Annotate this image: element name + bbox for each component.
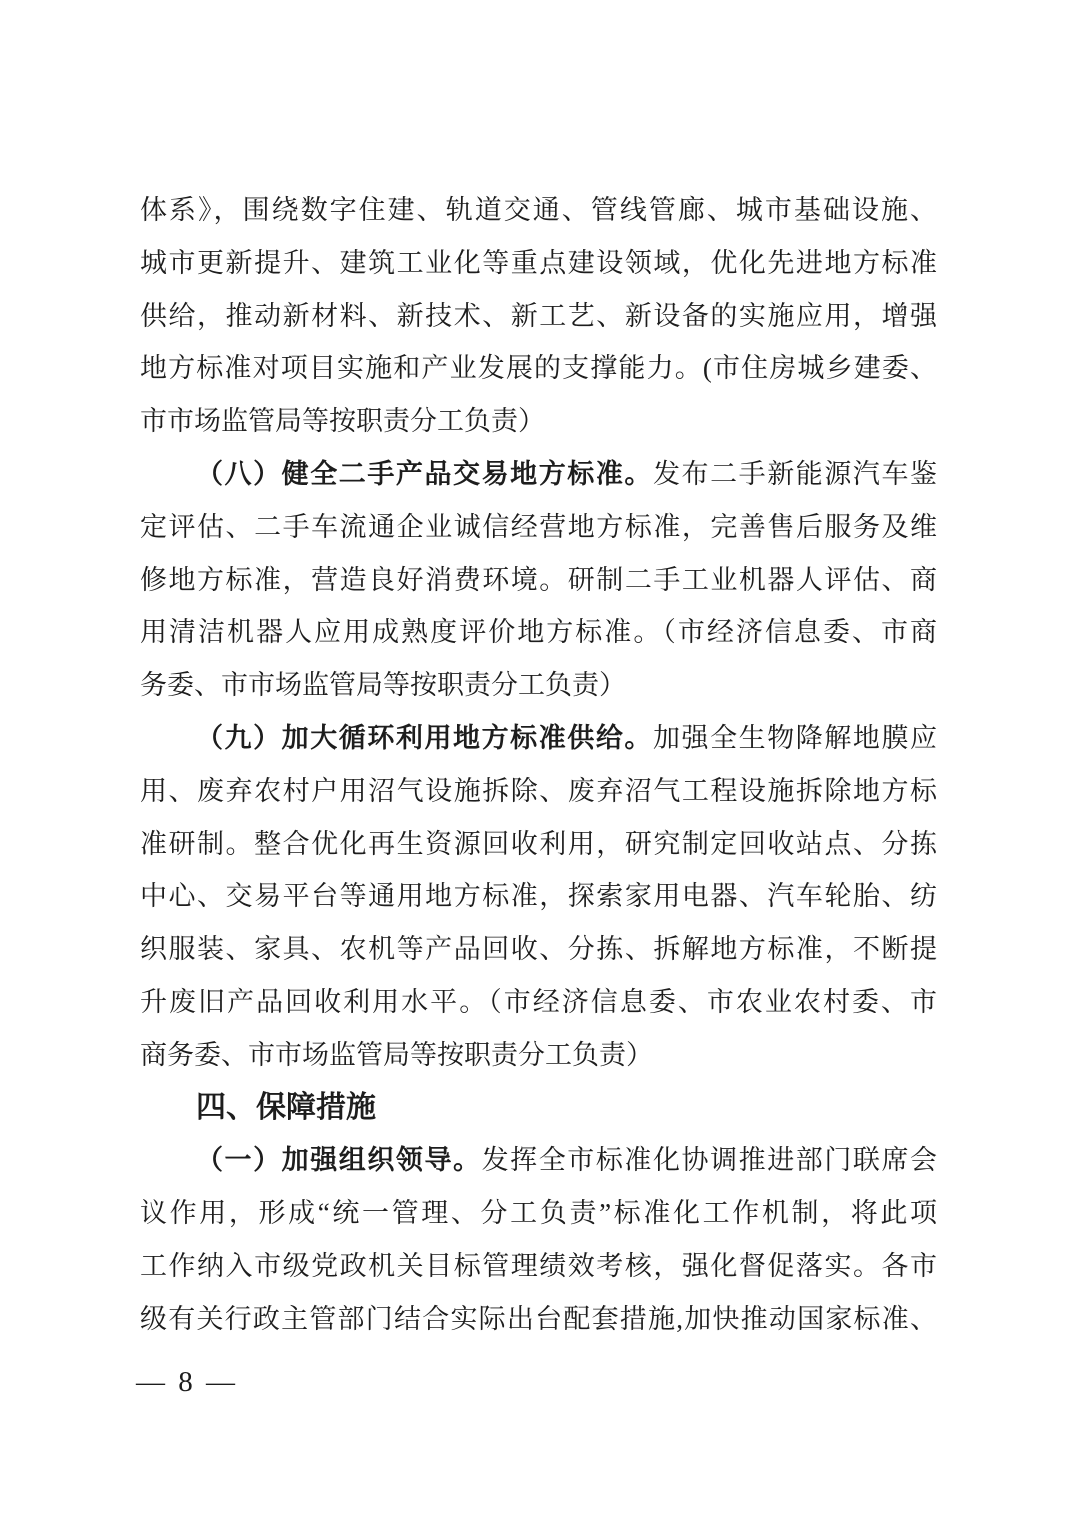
body-text: 城市更新提升、建筑工业化等重点建设领域，优化先进地方标准 <box>140 248 937 278</box>
text-line: 市市场监管局等按职责分工负责） <box>140 395 937 448</box>
body-text: 修地方标准，营造良好消费环境。研制二手工业机器人评估、商 <box>140 565 937 595</box>
para-continuation: 体系》，围绕数字住建、轨道交通、管线管廊、城市基础设施、城市更新提升、建筑工业化… <box>140 184 937 448</box>
body-text: 升废旧产品回收利用水平。（市经济信息委、市农业农村委、市 <box>140 987 937 1017</box>
page-number: — 8 — <box>136 1366 238 1399</box>
body-text: 务委、市市场监管局等按职责分工负责） <box>140 670 626 700</box>
document-page: 体系》，围绕数字住建、轨道交通、管线管廊、城市基础设施、城市更新提升、建筑工业化… <box>0 0 1074 1520</box>
emphasis-text: （一）加强组织领导。 <box>196 1145 482 1175</box>
body-text: 用清洁机器人应用成熟度评价地方标准。（市经济信息委、市商 <box>140 617 937 647</box>
text-line: 修地方标准，营造良好消费环境。研制二手工业机器人评估、商 <box>140 554 937 607</box>
text-line: 工作纳入市级党政机关目标管理绩效考核，强化督促落实。各市 <box>140 1240 937 1293</box>
body-text: 准研制。整合优化再生资源回收利用，研究制定回收站点、分拣 <box>140 829 937 859</box>
text-line: 级有关行政主管部门结合实际出台配套措施,加快推动国家标准、 <box>140 1293 937 1346</box>
text-line: 定评估、二手车流通企业诚信经营地方标准，完善售后服务及维 <box>140 501 937 554</box>
body-text: 工作纳入市级党政机关目标管理绩效考核，强化督促落实。各市 <box>140 1251 937 1281</box>
body-text: 织服装、家具、农机等产品回收、分拣、拆解地方标准，不断提 <box>140 934 937 964</box>
page-number-label: — 8 — <box>136 1366 238 1398</box>
body-text: 议作用，形成“统一管理、分工负责”标准化工作机制，将此项 <box>140 1198 937 1228</box>
text-line: （一）加强组织领导。发挥全市标准化协调推进部门联席会 <box>140 1134 937 1187</box>
text-line: 体系》，围绕数字住建、轨道交通、管线管廊、城市基础设施、 <box>140 184 937 237</box>
text-line: 商务委、市市场监管局等按职责分工负责） <box>140 1029 937 1082</box>
body-text: 定评估、二手车流通企业诚信经营地方标准，完善售后服务及维 <box>140 512 937 542</box>
body-text: 中心、交易平台等通用地方标准，探索家用电器、汽车轮胎、纺 <box>140 881 937 911</box>
body-text: 地方标准对项目实施和产业发展的支撑能力。(市住房城乡建委、 <box>140 353 937 383</box>
text-line: 升废旧产品回收利用水平。（市经济信息委、市农业农村委、市 <box>140 976 937 1029</box>
text-line: 城市更新提升、建筑工业化等重点建设领域，优化先进地方标准 <box>140 237 937 290</box>
text-line: 织服装、家具、农机等产品回收、分拣、拆解地方标准，不断提 <box>140 923 937 976</box>
section-heading: 四、保障措施 <box>140 1082 937 1135</box>
text-line: 用清洁机器人应用成熟度评价地方标准。（市经济信息委、市商 <box>140 606 937 659</box>
text-line: 用、废弃农村户用沼气设施拆除、废弃沼气工程设施拆除地方标 <box>140 765 937 818</box>
text-line: 地方标准对项目实施和产业发展的支撑能力。(市住房城乡建委、 <box>140 342 937 395</box>
para-item-1: （一）加强组织领导。发挥全市标准化协调推进部门联席会议作用，形成“统一管理、分工… <box>140 1134 937 1345</box>
text-line: 准研制。整合优化再生资源回收利用，研究制定回收站点、分拣 <box>140 818 937 871</box>
text-line: 供给，推动新材料、新技术、新工艺、新设备的实施应用，增强 <box>140 290 937 343</box>
text-line: 务委、市市场监管局等按职责分工负责） <box>140 659 937 712</box>
body-text: 发挥全市标准化协调推进部门联席会 <box>482 1145 937 1175</box>
emphasis-text: （八）健全二手产品交易地方标准。 <box>196 459 653 489</box>
document-body: 体系》，围绕数字住建、轨道交通、管线管廊、城市基础设施、城市更新提升、建筑工业化… <box>140 184 937 1346</box>
text-line: 中心、交易平台等通用地方标准，探索家用电器、汽车轮胎、纺 <box>140 870 937 923</box>
body-text: 商务委、市市场监管局等按职责分工负责） <box>140 1040 653 1070</box>
text-line: 议作用，形成“统一管理、分工负责”标准化工作机制，将此项 <box>140 1187 937 1240</box>
body-text: 体系》，围绕数字住建、轨道交通、管线管廊、城市基础设施、 <box>140 195 937 225</box>
body-text: 供给，推动新材料、新技术、新工艺、新设备的实施应用，增强 <box>140 301 937 331</box>
emphasis-text: （九）加大循环利用地方标准供给。 <box>196 723 653 753</box>
body-text: 市市场监管局等按职责分工负责） <box>140 406 545 436</box>
heading-section-4: 四、保障措施 <box>140 1082 937 1135</box>
body-text: 级有关行政主管部门结合实际出台配套措施,加快推动国家标准、 <box>140 1304 937 1334</box>
body-text: 发布二手新能源汽车鉴 <box>653 459 937 489</box>
para-item-9: （九）加大循环利用地方标准供给。加强全生物降解地膜应用、废弃农村户用沼气设施拆除… <box>140 712 937 1082</box>
text-line: （九）加大循环利用地方标准供给。加强全生物降解地膜应 <box>140 712 937 765</box>
para-item-8: （八）健全二手产品交易地方标准。发布二手新能源汽车鉴定评估、二手车流通企业诚信经… <box>140 448 937 712</box>
emphasis-text: 四、保障措施 <box>196 1091 376 1124</box>
body-text: 用、废弃农村户用沼气设施拆除、废弃沼气工程设施拆除地方标 <box>140 776 937 806</box>
text-line: （八）健全二手产品交易地方标准。发布二手新能源汽车鉴 <box>140 448 937 501</box>
body-text: 加强全生物降解地膜应 <box>653 723 937 753</box>
